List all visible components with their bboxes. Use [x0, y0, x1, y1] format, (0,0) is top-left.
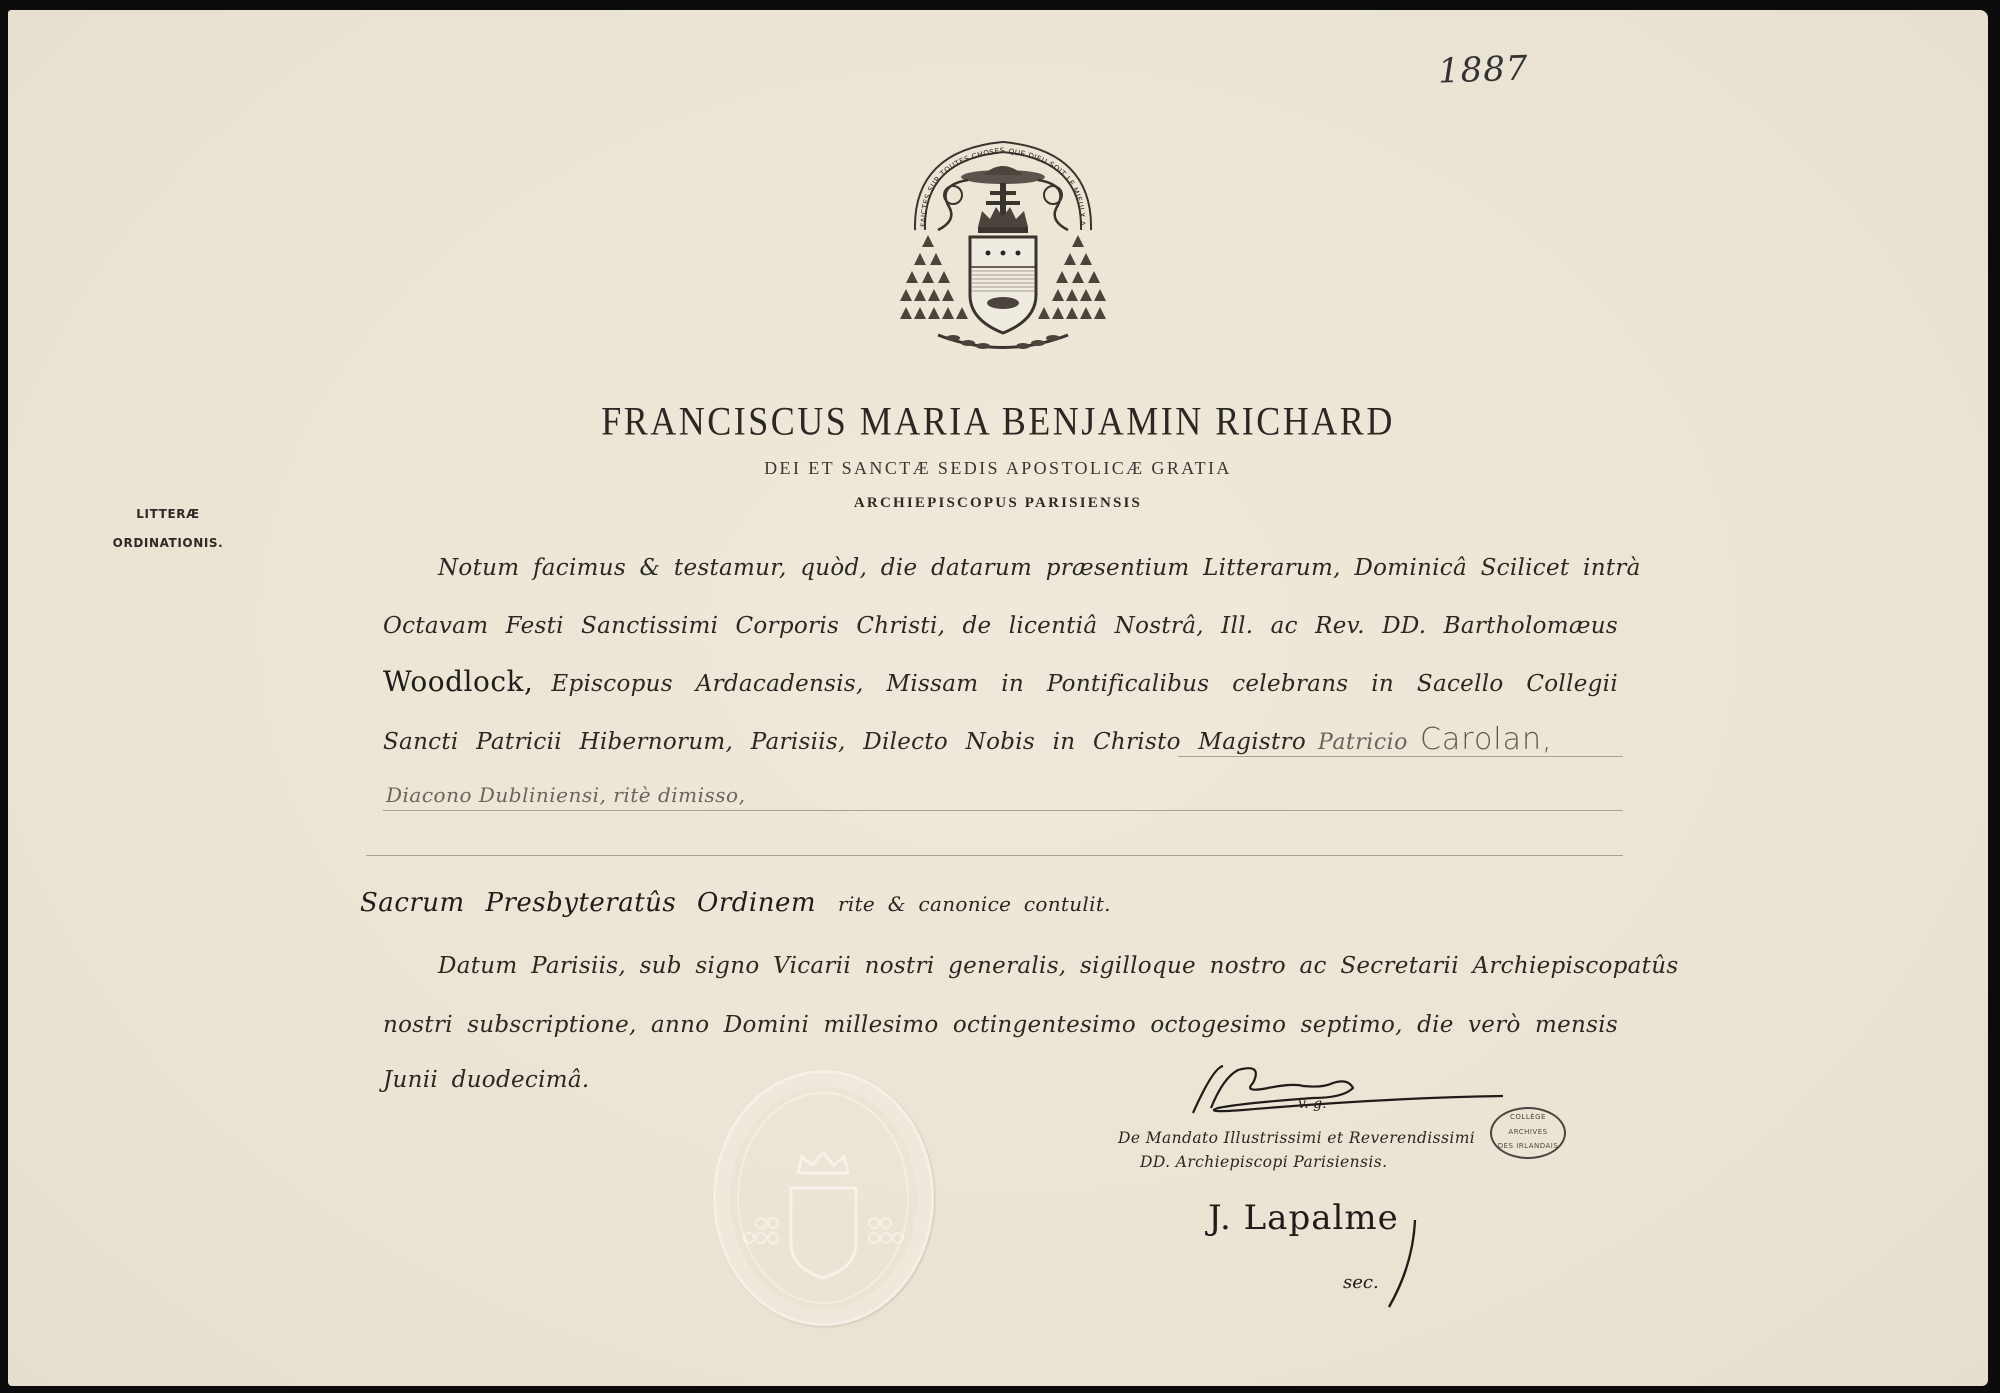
mandate-line-1: De Mandato Illustrissimi et Reverendissi… [1118, 1129, 1475, 1147]
body-line-3-text: Episcopus Ardacadensis, Missam in Pontif… [551, 671, 1618, 697]
secretary-title: sec. [1343, 1272, 1379, 1293]
order-line: Sacrum Presbyteratûs Ordinem rite & cano… [360, 888, 1111, 918]
margin-label-litterae: LITTERÆ [98, 507, 238, 521]
order-conferred: Sacrum Presbyteratûs Ordinem [360, 888, 816, 918]
recipient-surname: Carolan, [1420, 722, 1553, 757]
certificate-paper: 1887 FAICTES SUR TOUTES CHOSES QUE DIEU … [8, 10, 1988, 1386]
body-line-2: Octavam Festi Sanctissimi Corporis Chris… [383, 613, 1618, 639]
body-line-1: Notum facimus & testamur, quòd, die data… [438, 555, 1618, 581]
body-line-3: Woodlock, Episcopus Ardacadensis, Missam… [383, 665, 1618, 698]
date-line-2: nostri subscriptione, anno Domini milles… [383, 1012, 1618, 1038]
vicar-title: v. g. [1298, 1096, 1327, 1112]
order-suffix: rite & canonice contulit. [838, 892, 1111, 916]
coat-of-arms-icon: FAICTES SUR TOUTES CHOSES QUE DIEU SOIT … [898, 135, 1108, 360]
header-subtitle: DEI ET SANCTÆ SEDIS APOSTOLICÆ GRATIA [8, 458, 1988, 479]
date-line-3: Junii duodecimâ. [383, 1067, 589, 1093]
fill-rule-3 [366, 855, 1623, 856]
recipient-given-name: Patricio [1318, 730, 1408, 755]
bishop-surname: Woodlock, [383, 665, 533, 698]
stamp-middle-text: ARCHIVES [1492, 1128, 1564, 1136]
recipient-designation: Diacono Dubliniensi, ritè dimisso, [386, 783, 745, 807]
embossed-seal [713, 1070, 934, 1326]
stamp-bottom-text: DES IRLANDAIS [1492, 1142, 1564, 1150]
fill-rule-2 [383, 810, 1623, 811]
archive-year-annotation: 1887 [1437, 48, 1529, 91]
date-line-1: Datum Parisiis, sub signo Vicarii nostri… [438, 953, 1618, 979]
body-line-4: Sancti Patricii Hibernorum, Parisiis, Di… [383, 722, 1628, 757]
stamp-top-text: COLLÈGE [1492, 1113, 1564, 1121]
body-line-4-text: Sancti Patricii Hibernorum, Parisiis, Di… [383, 729, 1306, 755]
seal-crest-icon [716, 1073, 931, 1323]
signature-stroke-icon [1383, 1215, 1423, 1315]
header-office: ARCHIEPISCOPUS PARISIENSIS [8, 495, 1988, 512]
fill-rule-1 [1178, 756, 1623, 757]
college-archives-stamp: COLLÈGE ARCHIVES DES IRLANDAIS [1490, 1107, 1566, 1159]
archbishop-name-title: FRANCISCUS MARIA BENJAMIN RICHARD [8, 397, 1988, 444]
mandate-line-2: DD. Archiepiscopi Parisiensis. [1140, 1153, 1387, 1171]
secretary-signature: J. Lapalme [1208, 1198, 1399, 1238]
margin-label-ordinationis: ORDINATIONIS. [98, 536, 238, 550]
